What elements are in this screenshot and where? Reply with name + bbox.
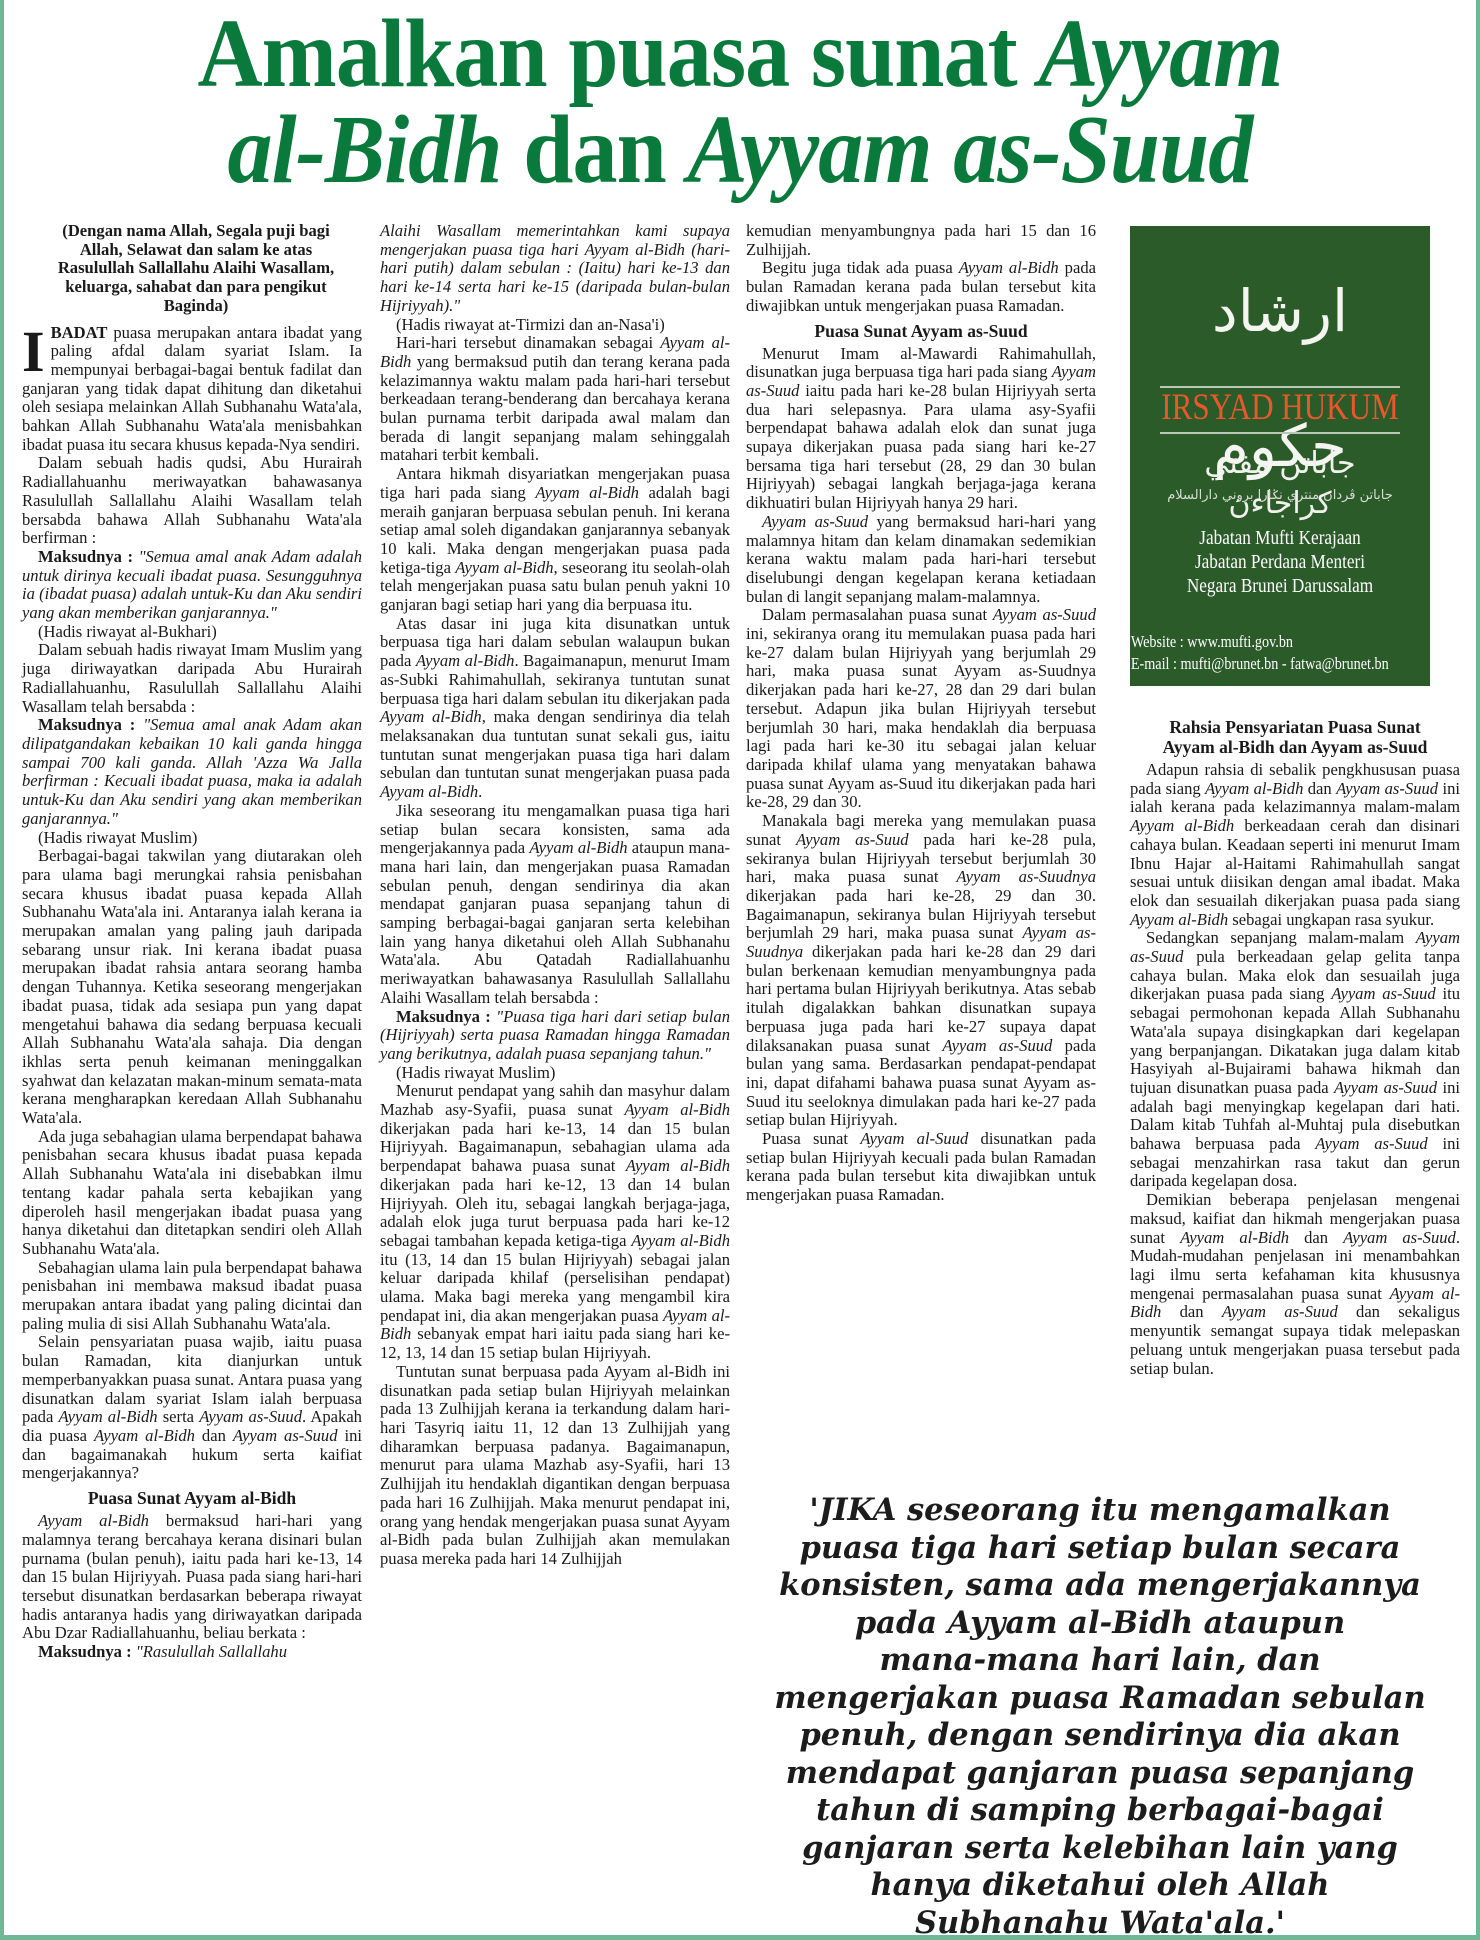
paragraph: Jika seseorang itu mengamalkan puasa tig… bbox=[380, 802, 730, 1008]
pull-quote-line: 'JIKA seseorang itu mengamalkan bbox=[745, 1492, 1455, 1530]
paragraph-text: dan bbox=[195, 1426, 233, 1445]
term: Ayyam as-Suud bbox=[1343, 1228, 1456, 1247]
quote-text: Alaihi Wasallam memerintahkan kami supay… bbox=[380, 221, 730, 315]
department-line: Jabatan Mufti Kerajaan bbox=[1151, 526, 1409, 550]
contact-info: Website : www.mufti.gov.bn E-mail : muft… bbox=[1130, 631, 1388, 675]
divider bbox=[1160, 432, 1400, 434]
lead-word: BADAT bbox=[51, 323, 108, 342]
term: Ayyam al-Bidh bbox=[38, 1511, 149, 1530]
hadith-source: (Hadis riwayat al-Bukhari) bbox=[22, 623, 362, 642]
term: Ayyam al-Bidh bbox=[631, 1231, 730, 1250]
term: Ayyam al-Bidh bbox=[58, 1407, 157, 1426]
arabic-ministry-name: جاباتن ڤردان منتري نݢارا بروني دارالسلام bbox=[1160, 488, 1400, 504]
paragraph: Ada juga sebahagian ulama berpendapat ba… bbox=[22, 1128, 362, 1259]
term: Ayyam as-Suud bbox=[1331, 984, 1435, 1003]
paragraph: Dalam sebuah hadis qudsi, Abu Hurairah R… bbox=[22, 454, 362, 548]
hadith-source: (Hadis riwayat Muslim) bbox=[22, 829, 362, 848]
term: Ayyam al-Bidh bbox=[455, 558, 553, 577]
paragraph: Manakala bagi mereka yang memulakan puas… bbox=[746, 812, 1096, 1130]
term: Ayyam al-Bidh bbox=[624, 1100, 730, 1119]
term: Ayyam as-Suud bbox=[762, 512, 868, 531]
paragraph-text: . bbox=[478, 782, 482, 801]
term: Ayyam as-Suud bbox=[796, 830, 909, 849]
term: Ayyam as-Suud bbox=[1222, 1302, 1338, 1321]
paragraph: Hari-hari tersebut dinamakan sebagai Ayy… bbox=[380, 334, 730, 465]
term: Ayyam al-Bidh bbox=[94, 1426, 195, 1445]
section-heading: Puasa Sunat Ayyam al-Bidh bbox=[22, 1488, 362, 1508]
term: Ayyam al-Bidh bbox=[380, 782, 478, 801]
quote-label: Maksudnya : bbox=[38, 715, 143, 734]
term: Ayyam as-Suud bbox=[199, 1407, 302, 1426]
section-heading: Rahsia Pensyariatan Puasa Sunat Ayyam al… bbox=[1130, 717, 1460, 757]
hadith-source: (Hadis riwayat Muslim) bbox=[380, 1064, 730, 1083]
paragraph-text: iaitu pada hari ke-28 bulan Hijriyyah se… bbox=[746, 381, 1096, 512]
term: Ayyam as-Suud bbox=[942, 1036, 1052, 1055]
term: Ayyam al-Bidh bbox=[1130, 816, 1234, 835]
paragraph-text: Menurut Imam al-Mawardi Rahimahullah, di… bbox=[746, 344, 1096, 382]
paragraph-text: Begitu juga tidak ada puasa bbox=[762, 258, 959, 277]
invocation-intro: (Dengan nama Allah, Segala puji bagi All… bbox=[40, 222, 352, 316]
headline-text: Amalkan puasa sunat bbox=[197, 0, 1038, 108]
paragraph-text: Hari-hari tersebut dinamakan sebagai bbox=[396, 333, 660, 352]
paragraph-text: serta bbox=[158, 1407, 200, 1426]
email-text: E-mail : mufti@brunet.bn - fatwa@brunet.… bbox=[1131, 653, 1388, 675]
paragraph-text: puasa merupakan antara ibadat yang palin… bbox=[22, 323, 362, 454]
term: Ayyam al-Bidh bbox=[1130, 910, 1228, 929]
paragraph: Puasa sunat Ayyam al-Suud disunatkan pad… bbox=[746, 1130, 1096, 1205]
pull-quote-line: hanya diketahui oleh Allah bbox=[745, 1867, 1455, 1905]
paragraph: Dalam sebuah hadis riwayat Imam Muslim y… bbox=[22, 641, 362, 716]
headline-italic: al-Bidh bbox=[228, 96, 502, 204]
headline-italic: Ayyam as-Suud bbox=[688, 96, 1253, 204]
article-column-1: (Dengan nama Allah, Segala puji bagi All… bbox=[22, 222, 362, 1662]
paragraph-continued: kemudian menyambungnya pada hari 15 dan … bbox=[746, 222, 1096, 259]
pull-quote-line: mengerjakan puasa Ramadan sebulan bbox=[745, 1680, 1455, 1718]
term: Ayyam as-Suud bbox=[1336, 779, 1438, 798]
term: Ayyam al-Bidh bbox=[380, 707, 482, 726]
term: Ayyam al-Bidh bbox=[626, 1156, 730, 1175]
hadith-source: (Hadis riwayat at-Tirmizi dan an-Nasa'i) bbox=[380, 316, 730, 335]
term: Ayyam as-Suud bbox=[233, 1426, 338, 1445]
irsyad-hukum-logo: ارشاد حکوم IRSYAD HUKUM جاباتن مفتي کراج… bbox=[1130, 226, 1430, 686]
website-text: Website : www.mufti.gov.bn bbox=[1131, 631, 1388, 653]
headline-text: dan bbox=[502, 96, 688, 204]
article-column-4: Rahsia Pensyariatan Puasa Sunat Ayyam al… bbox=[1130, 712, 1460, 1378]
paragraph: Ayyam as-Suud yang bermaksud hari-hari y… bbox=[746, 513, 1096, 607]
term: Ayyam al-Bidh bbox=[529, 838, 627, 857]
paragraph: Demikian beberapa penjelasan mengenai ma… bbox=[1130, 1191, 1460, 1378]
hadith-quote-continued: Alaihi Wasallam memerintahkan kami supay… bbox=[380, 222, 730, 316]
paragraph-text: dan bbox=[1161, 1302, 1221, 1321]
hadith-quote: Maksudnya : "Puasa tiga hari dari setiap… bbox=[380, 1008, 730, 1064]
term: Ayyam as-Suudnya bbox=[956, 867, 1096, 886]
pull-quote-line: Subhanahu Wata'ala.' bbox=[745, 1905, 1455, 1940]
article-column-3: kemudian menyambungnya pada hari 15 dan … bbox=[746, 222, 1096, 1205]
paragraph-text: sebagai ungkapan rasa syukur. bbox=[1228, 910, 1434, 929]
department-line: Negara Brunei Darussalam bbox=[1151, 574, 1409, 598]
term: Ayyam al-Bidh bbox=[535, 483, 639, 502]
paragraph: Ayyam al-Bidh bermaksud hari-hari yang m… bbox=[22, 1512, 362, 1643]
paragraph: Sedangkan sepanjang malam-malam Ayyam as… bbox=[1130, 929, 1460, 1191]
term: Ayyam al-Suud bbox=[860, 1129, 968, 1148]
paragraph-text: dan bbox=[1289, 1228, 1343, 1247]
paragraph-text: Sedangkan sepanjang malam-malam bbox=[1146, 928, 1416, 947]
headline-line-1: Amalkan puasa sunat Ayyam bbox=[68, 6, 1411, 102]
headline: Amalkan puasa sunat Ayyam al-Bidh dan Ay… bbox=[10, 6, 1470, 211]
pull-quote: 'JIKA seseorang itu mengamalkan puasa ti… bbox=[745, 1492, 1455, 1940]
term: Ayyam al-Bidh bbox=[1180, 1228, 1289, 1247]
quote-label: Maksudnya : bbox=[38, 1642, 136, 1661]
paragraph: Antara hikmah disyariatkan mengerjakan p… bbox=[380, 465, 730, 615]
paragraph: IBADAT puasa merupakan antara ibadat yan… bbox=[22, 324, 362, 455]
term: Ayyam as-Suud bbox=[993, 605, 1096, 624]
pull-quote-line: pada Ayyam al-Bidh ataupun bbox=[745, 1605, 1455, 1643]
drop-cap: I bbox=[22, 328, 45, 374]
pull-quote-line: penuh, dengan sendirinya dia akan bbox=[745, 1717, 1455, 1755]
paragraph: Atas dasar ini juga kita disunatkan untu… bbox=[380, 615, 730, 802]
term: Ayyam al-Bidh bbox=[1205, 779, 1303, 798]
pull-quote-line: mendapat ganjaran puasa sepanjang bbox=[745, 1755, 1455, 1793]
hadith-quote: Maksudnya : "Semua amal anak Adam akan d… bbox=[22, 716, 362, 828]
department-info: Jabatan Mufti Kerajaan Jabatan Perdana M… bbox=[1151, 526, 1409, 598]
paragraph-text: yang bermaksud putih dan terang kerana p… bbox=[380, 352, 730, 465]
paragraph: Berbagai-bagai takwilan yang diutarakan … bbox=[22, 847, 362, 1128]
pull-quote-line: mana-mana hari lain, dan bbox=[745, 1642, 1455, 1680]
headline-italic: Ayyam bbox=[1038, 0, 1282, 108]
paragraph: Dalam permasalahan puasa sunat Ayyam as-… bbox=[746, 606, 1096, 812]
paragraph: Adapun rahsia di sebalik pengkhususan pu… bbox=[1130, 761, 1460, 929]
hadith-quote: Maksudnya : "Rasulullah Sallallahu bbox=[22, 1643, 362, 1662]
arabic-department-name: جاباتن مفتي کراجاءن bbox=[1160, 444, 1400, 524]
paragraph-text: Dalam permasalahan puasa sunat bbox=[762, 605, 993, 624]
quote-text: "Rasulullah Sallallahu bbox=[136, 1642, 287, 1661]
paragraph: Begitu juga tidak ada puasa Ayyam al-Bid… bbox=[746, 259, 1096, 315]
paragraph-text: ini, sekiranya orang itu memulakan puasa… bbox=[746, 624, 1096, 811]
quote-label: Maksudnya : bbox=[38, 547, 139, 566]
pull-quote-line: puasa tiga hari setiap bulan secara bbox=[745, 1530, 1455, 1568]
paragraph: Menurut Imam al-Mawardi Rahimahullah, di… bbox=[746, 345, 1096, 513]
pull-quote-line: tahun di samping berbagai-bagai bbox=[745, 1792, 1455, 1830]
paragraph-text: bermaksud hari-hari yang malamnya terang… bbox=[22, 1511, 362, 1642]
headline-line-2: al-Bidh dan Ayyam as-Suud bbox=[68, 102, 1411, 198]
term: Ayyam al-Bidh bbox=[416, 651, 515, 670]
quote-label: Maksudnya : bbox=[396, 1007, 496, 1026]
arabic-calligraphy-logo: ارشاد حکوم bbox=[1150, 244, 1410, 379]
paragraph: Sebahagian ulama lain pula berpendapat b… bbox=[22, 1259, 362, 1334]
brand-title: IRSYAD HUKUM bbox=[1154, 388, 1406, 428]
paragraph-text: sebanyak empat hari iaitu pada siang har… bbox=[380, 1324, 730, 1362]
article-column-2: Alaihi Wasallam memerintahkan kami supay… bbox=[380, 222, 730, 1569]
paragraph-text: ataupun mana-mana hari lain, dan mengerj… bbox=[380, 838, 730, 1007]
term: Ayyam al-Bidh bbox=[959, 258, 1059, 277]
hadith-quote: Maksudnya : "Semua amal anak Adam adalah… bbox=[22, 548, 362, 623]
paragraph-text: Puasa sunat bbox=[762, 1129, 860, 1148]
pull-quote-line: konsisten, sama ada mengerjakannya bbox=[745, 1567, 1455, 1605]
section-heading: Puasa Sunat Ayyam as-Suud bbox=[746, 321, 1096, 341]
term: Ayyam as-Suud bbox=[1315, 1134, 1427, 1153]
paragraph-text: dan bbox=[1303, 779, 1336, 798]
term: Ayyam as-Suud bbox=[1334, 1078, 1437, 1097]
paragraph: Tuntutan sunat berpuasa pada Ayyam al-Bi… bbox=[380, 1363, 730, 1569]
pull-quote-line: ganjaran serta kelebihan lain yang bbox=[745, 1830, 1455, 1868]
paragraph: Selain pensyariatan puasa wajib, iaitu p… bbox=[22, 1333, 362, 1483]
department-line: Jabatan Perdana Menteri bbox=[1151, 550, 1409, 574]
paragraph: Menurut pendapat yang sahih dan masyhur … bbox=[380, 1082, 730, 1363]
